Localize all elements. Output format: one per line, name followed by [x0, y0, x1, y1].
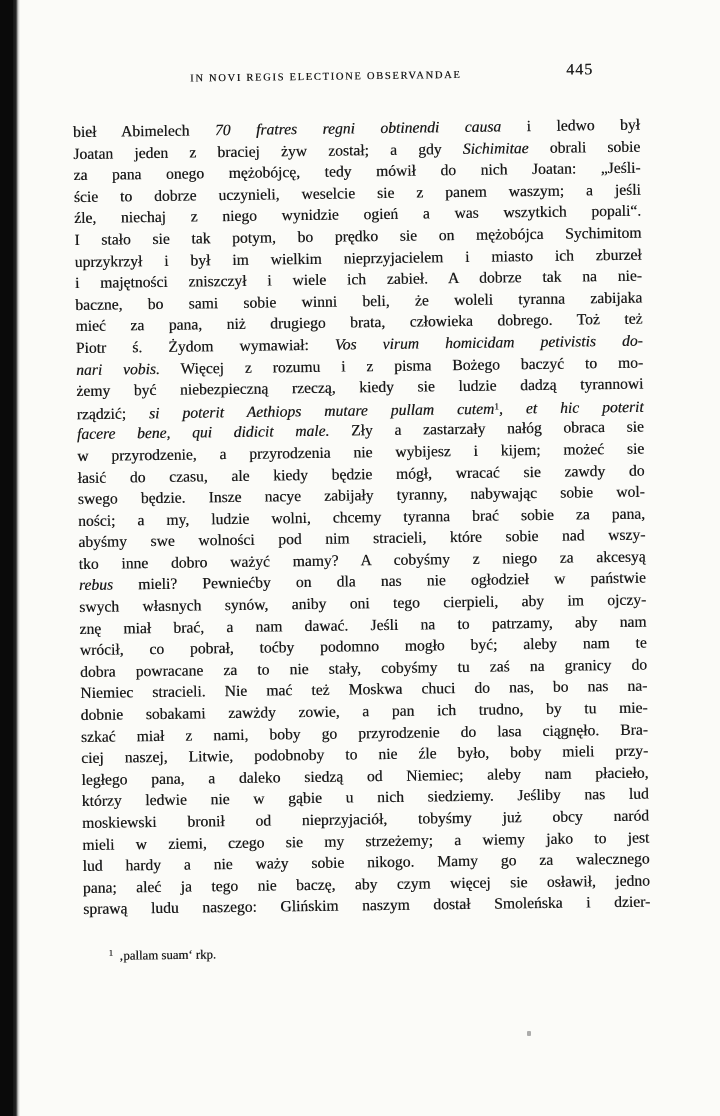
footnote: 1‚pallam suam‘ rkp.	[109, 941, 651, 964]
page-number: 445	[566, 61, 593, 79]
page-sheet: IN NOVI REGIS ELECTIONE OBSERVANDAE 445 …	[72, 61, 651, 965]
scan-speck	[527, 1031, 531, 1036]
footnote-marker: 1	[109, 948, 113, 958]
scan-gutter-bar	[0, 0, 20, 1116]
scanned-book-page: IN NOVI REGIS ELECTIONE OBSERVANDAE 445 …	[0, 0, 720, 1116]
footnote-text: ‚pallam suam‘ rkp.	[119, 947, 216, 962]
running-header: IN NOVI REGIS ELECTIONE OBSERVANDAE 445	[72, 61, 639, 86]
text-block: bieł Abimelech 70 fratres regni obtinend…	[73, 115, 650, 921]
running-title: IN NOVI REGIS ELECTIONE OBSERVANDAE	[72, 68, 579, 86]
